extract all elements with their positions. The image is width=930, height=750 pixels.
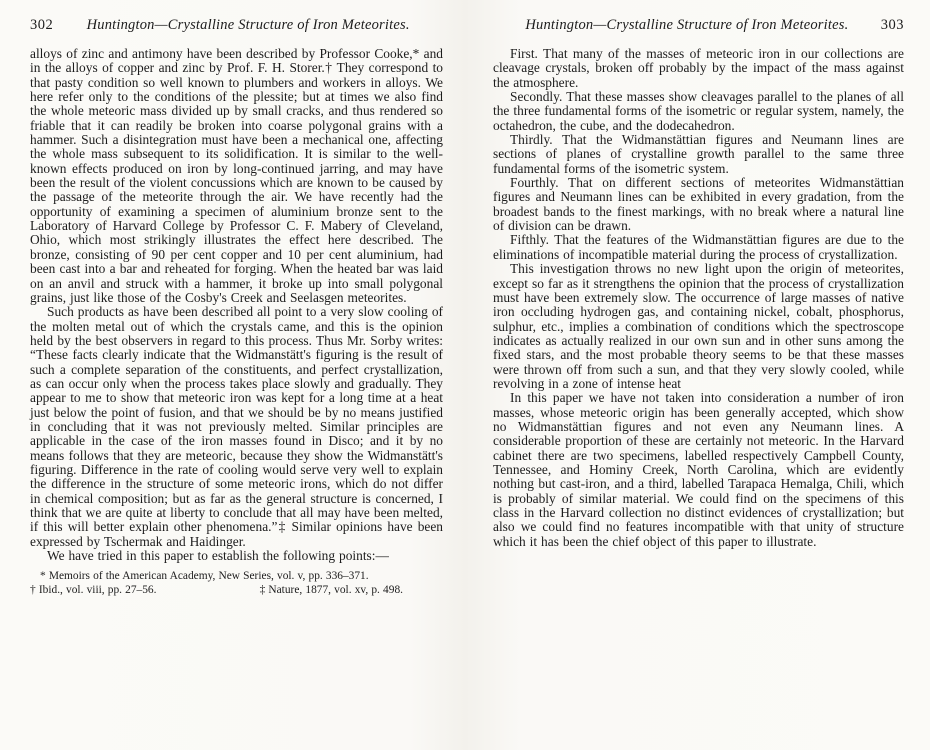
footnote-ibid: † Ibid., vol. viii, pp. 27–56. (30, 584, 156, 597)
paragraph-secondly-point: Secondly. That these masses show cleavag… (493, 90, 904, 133)
paragraph-investigation: This investigation throws no new light u… (493, 262, 904, 391)
paragraph-harvard-cabinet: In this paper we have not taken into con… (493, 391, 904, 549)
paragraph-fourthly-point: Fourthly. That on different sections of … (493, 176, 904, 233)
paragraph-points-intro: We have tried in this paper to establish… (30, 549, 443, 563)
running-title-right: Huntington—Crystalline Structure of Iron… (493, 17, 881, 34)
paragraph-alloys-continuation: alloys of zinc and antimony have been de… (30, 47, 443, 305)
book-scan-spread: 302 Huntington—Crystalline Structure of … (0, 0, 930, 750)
footnote-nature: ‡ Nature, 1877, vol. xv, p. 498. (260, 584, 403, 597)
paragraph-thirdly-point: Thirdly. That the Widmanstättian figures… (493, 133, 904, 176)
footnotes-block: * Memoirs of the American Academy, New S… (30, 570, 443, 596)
page-number-right: 303 (881, 17, 904, 34)
page-303-header: Huntington—Crystalline Structure of Iron… (493, 17, 904, 34)
page-302-header: 302 Huntington—Crystalline Structure of … (30, 17, 443, 34)
paragraph-fifthly-point: Fifthly. That the features of the Widman… (493, 233, 904, 262)
page-303: Huntington—Crystalline Structure of Iron… (465, 0, 930, 750)
running-title-left: Huntington—Crystalline Structure of Iron… (53, 17, 443, 34)
paragraph-first-point: First. That many of the masses of meteor… (493, 47, 904, 90)
page-303-body: First. That many of the masses of meteor… (493, 47, 904, 549)
page-number-left: 302 (30, 17, 53, 34)
page-302: 302 Huntington—Crystalline Structure of … (0, 0, 465, 750)
paragraph-such-products: Such products as have been described all… (30, 305, 443, 549)
footnote-memoirs: * Memoirs of the American Academy, New S… (40, 570, 443, 583)
page-302-body: alloys of zinc and antimony have been de… (30, 47, 443, 563)
footnote-row: † Ibid., vol. viii, pp. 27–56. ‡ Nature,… (30, 584, 443, 597)
